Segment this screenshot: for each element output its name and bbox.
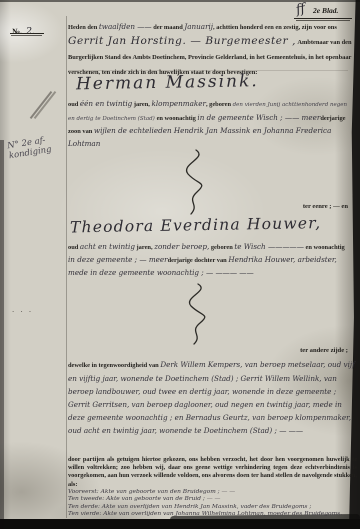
text-segment-h: te Wisch ————— — [234, 242, 304, 251]
groom-name: Herman Massink. — [76, 70, 346, 95]
text-segment-p: der maand — [152, 24, 185, 31]
text-segment-p: geboren — [209, 244, 234, 251]
witnesses-paragraph: dewelke in tegenwoordigheid van Derk Wil… — [68, 357, 355, 437]
documents-list: Vooreerst: Akte van geboorte van den Bru… — [68, 489, 359, 519]
act-number-underline-2 — [11, 35, 42, 36]
text-segment-p: en woonachtig — [304, 244, 345, 251]
pencil-mark — [34, 91, 57, 119]
text-segment-h: meer — [149, 255, 168, 264]
text-segment-h: twaalfden —— — [99, 22, 152, 31]
document-list-item: Ten tweede: Akte van geboorte van de Bru… — [68, 496, 359, 503]
bride-name: Theodora Everdina Houwer, — [70, 214, 350, 237]
document-list-item: Ten derde: Akte van overlijden van Hendr… — [68, 504, 359, 511]
margin-note: N° 2e af- kondiging — [7, 135, 53, 161]
text-segment-h: in deze gemeente ; — — [68, 255, 149, 264]
sheet-label: 2e Blad. — [313, 6, 338, 15]
left-edge-band — [0, 140, 4, 529]
ink-flourish: ff — [295, 1, 307, 18]
text-segment-p: derjarige dochter van — [168, 257, 229, 264]
document-scan: ff 2e Blad. №. 2. Heden den twaalfden ——… — [0, 0, 360, 529]
ink-dots: . . . — [12, 306, 33, 314]
document-list-item: Vooreerst: Akte van geboorte van den Bru… — [68, 489, 359, 496]
side-one-label: ter eenre ; — en — [248, 203, 348, 210]
flourish-squiggle — [176, 282, 218, 346]
flourish-squiggle — [172, 148, 214, 216]
bride-details-paragraph: oud acht en twintig jaren, zonder beroep… — [68, 240, 353, 279]
request-paragraph: door partijen als getuigen hiertoe gekoz… — [68, 456, 357, 489]
document-list-item: Ten vierde: Akte van overlijden van Joha… — [68, 511, 359, 518]
margin-rule — [66, 16, 67, 518]
text-segment-p: jaren, — [132, 101, 151, 108]
pencil-mark — [30, 91, 53, 119]
top-edge-band — [0, 0, 360, 2]
text-segment-p: en woonachtig — [157, 115, 198, 122]
text-segment-p: jaren, — [135, 244, 154, 251]
text-segment-h: klompenmaker — [152, 99, 206, 108]
groom-details-paragraph: oud één en twintig jaren, klompenmaker, … — [68, 97, 353, 148]
act-number: №. 2. — [12, 21, 35, 39]
text-segment-h: Derk Willem Kempers, van beroep metselaa… — [68, 360, 355, 435]
text-segment-p: oud — [68, 101, 80, 108]
text-segment-h: in de gemeente Wisch ; —— — [197, 113, 301, 122]
text-segment-p: oud — [68, 244, 80, 251]
text-segment-p: Heden den — [68, 24, 99, 31]
text-segment-p: , geboren — [206, 101, 233, 108]
side-other-label: ter andere zijde ; — [248, 347, 348, 354]
text-segment-p: dewelke in tegenwoordigheid van — [68, 362, 160, 369]
text-segment-h: één en twintig — [80, 99, 132, 108]
text-segment-h: wijlen de echtelieden Hendrik Jan Massin… — [68, 126, 331, 148]
text-segment-h: meer — [302, 113, 321, 122]
text-segment-h: acht en twintig — [80, 242, 135, 251]
text-segment-h: Januarij — [184, 22, 213, 31]
text-segment-p: , achttien honderd een en zestig, zijn v… — [213, 24, 337, 31]
text-segment-hb: Gerrit Jan Horsting. — Burgemeester , — [68, 35, 296, 47]
act-number-underline-1 — [10, 33, 44, 34]
text-segment-h: zonder beroep, — [154, 242, 209, 251]
